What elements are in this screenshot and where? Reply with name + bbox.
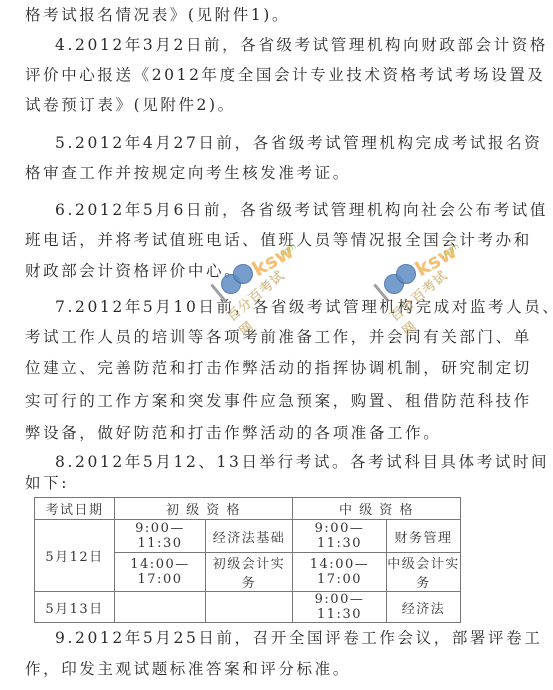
text-line: 格审查工作并按规定向考生核发准考证。 [25, 163, 351, 183]
cell-inter-time: 9:00—11:30 [293, 592, 387, 623]
cell-junior-time: 9:00—11:30 [115, 520, 206, 553]
text-line: 5.2012年4月27日前，各省级考试管理机构完成考试报名资 [55, 133, 542, 153]
cell-inter-subject: 经济法 [387, 592, 461, 623]
text-line: 评价中心报送《2012年度全国会计专业技术资格考试考场设置及 [25, 65, 545, 85]
watermark-dot-icon [396, 264, 416, 284]
text-line: 财政部会计资格评价中心。 [25, 261, 242, 281]
table-header-row: 考试日期 初 级 资 格 中 级 资 格 [35, 498, 461, 520]
text-line: 格考试报名情况表》(见附件1)。 [25, 5, 290, 25]
cell-junior-subject [206, 592, 293, 623]
table-row: 5月12日 9:00—11:30 经济法基础 9:00—11:30 财务管理 [35, 520, 461, 553]
cell-junior-subject: 初级会计实务 [206, 553, 293, 592]
cell-inter-time: 14:00—17:00 [293, 553, 387, 592]
text-line: 位建立、完善防范和打击作弊活动的指挥协调机制，研究制定切 [25, 358, 532, 378]
watermark-dot-icon [384, 274, 404, 294]
cell-inter-subject: 财务管理 [387, 520, 461, 553]
text-line: 4.2012年3月2日前，各省级考试管理机构向财政部会计资格 [55, 35, 548, 55]
cell-date: 5月12日 [35, 520, 115, 592]
header-exam-date: 考试日期 [35, 498, 115, 520]
text-line: 班电话，并将考试值班电话、值班人员等情况报全国会计考办和 [25, 230, 532, 250]
text-line: 7.2012年5月10日前，各省级考试管理机构完成对监考人员、 [55, 297, 553, 317]
text-line: 8.2012年5月12、13日举行考试。各考试科目具体考试时间 [55, 452, 549, 472]
text-line: 弊设备，做好防范和打击作弊活动的各项准备工作。 [25, 423, 441, 443]
cell-inter-time: 9:00—11:30 [293, 520, 387, 553]
cell-date: 5月13日 [35, 592, 115, 623]
cell-junior-time: 14:00—17:00 [115, 553, 206, 592]
cell-junior-time [115, 592, 206, 623]
text-line: 作，印发主观试题标准答案和评分标准。 [25, 659, 351, 679]
cell-inter-subject: 中级会计实务 [387, 553, 461, 592]
exam-schedule-table: 考试日期 初 级 资 格 中 级 资 格 5月12日 9:00—11:30 经济… [34, 497, 461, 623]
table-row: 5月13日 9:00—11:30 经济法 [35, 592, 461, 623]
text-line: 实可行的工作方案和突发事件应急预案，购置、租借防范科技作 [25, 391, 532, 411]
text-line: 考试工作人员的培训等各项考前准备工作，并会同有关部门、单 [25, 327, 532, 347]
header-junior-qualification: 初 级 资 格 [115, 498, 293, 520]
text-line: 9.2012年5月25日前，召开全国评卷工作会议，部署评卷工 [55, 628, 542, 648]
text-line: 试卷预订表》(见附件2)。 [25, 95, 236, 115]
text-line: 如下: [25, 473, 69, 493]
header-intermediate-qualification: 中 级 资 格 [293, 498, 461, 520]
text-line: 6.2012年5月6日前，各省级考试管理机构向社会公布考试值 [55, 200, 548, 220]
cell-junior-subject: 经济法基础 [206, 520, 293, 553]
